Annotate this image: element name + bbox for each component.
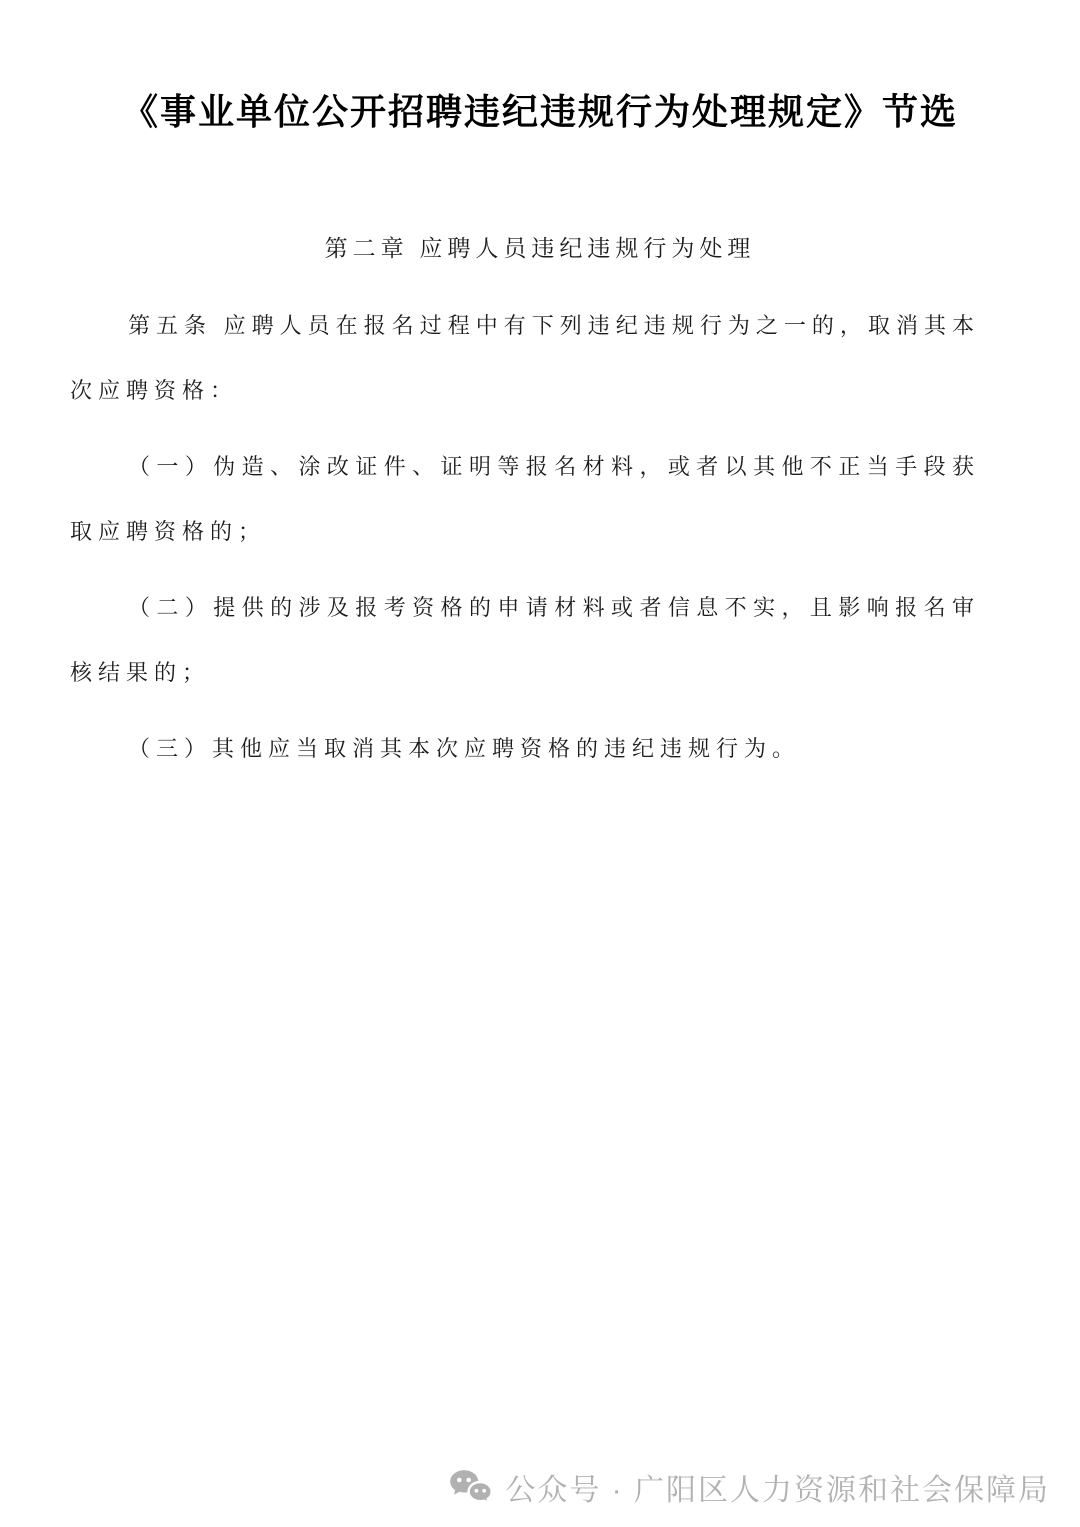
document-page: 《事业单位公开招聘违纪违规行为处理规定》节选 第二章 应聘人员违纪违规行为处理 … — [0, 0, 1080, 1527]
paragraph-item-1: （一）伪造、涂改证件、证明等报名材料，或者以其他不正当手段获取应聘资格的； — [70, 434, 980, 564]
wechat-icon — [449, 1469, 493, 1506]
wechat-watermark: 公众号 · 广阳区人力资源和社会保障局 — [449, 1465, 1050, 1509]
document-body: 第五条 应聘人员在报名过程中有下列违纪违规行为之一的，取消其本次应聘资格： （一… — [0, 293, 1080, 781]
paragraph-item-3: （三）其他应当取消其本次应聘资格的违纪违规行为。 — [70, 716, 980, 781]
document-title: 《事业单位公开招聘违纪违规行为处理规定》节选 — [0, 0, 1080, 135]
paragraph-article-5: 第五条 应聘人员在报名过程中有下列违纪违规行为之一的，取消其本次应聘资格： — [70, 293, 980, 423]
watermark-text: 公众号 · 广阳区人力资源和社会保障局 — [505, 1465, 1050, 1509]
paragraph-item-2: （二）提供的涉及报考资格的申请材料或者信息不实，且影响报名审核结果的； — [70, 575, 980, 705]
chapter-heading: 第二章 应聘人员违纪违规行为处理 — [0, 230, 1080, 263]
